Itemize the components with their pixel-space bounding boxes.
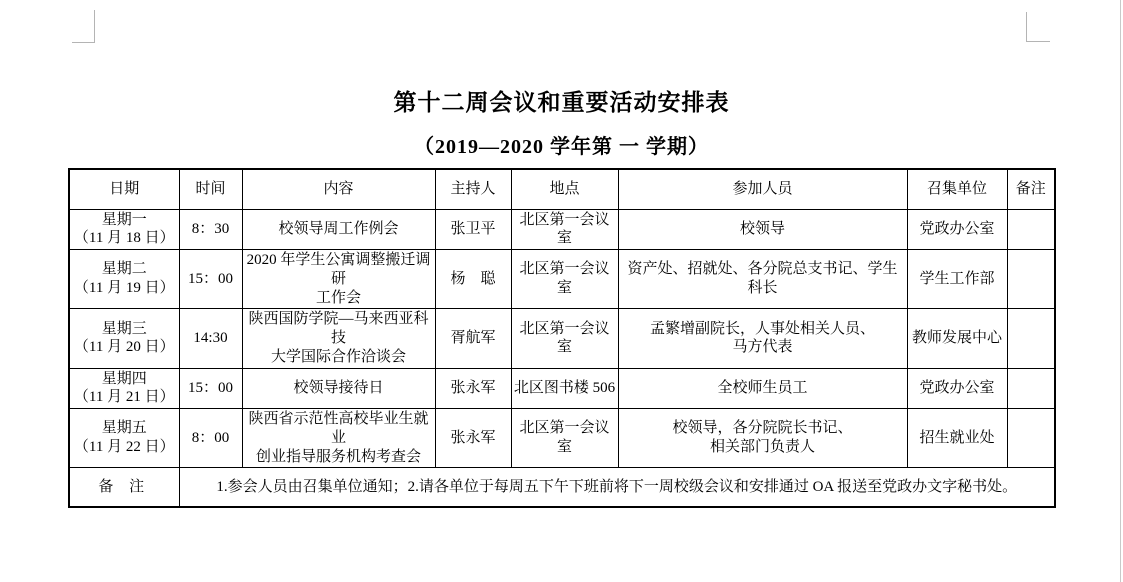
cell-content: 陕西省示范性高校毕业生就业 创业指导服务机构考查会 xyxy=(242,409,435,468)
cell-location: 北区第一会议室 xyxy=(511,409,618,468)
page-title: 第十二周会议和重要活动安排表 xyxy=(0,84,1123,117)
header-convener: 召集单位 xyxy=(907,169,1007,209)
footer-label: 备 注 xyxy=(69,468,179,507)
cell-host: 胥航军 xyxy=(435,309,511,368)
table-row: 星期一 （11 月 18 日） 8：30 校领导周工作例会 张卫平 北区第一会议… xyxy=(69,209,1055,250)
cell-participants: 全校师生员工 xyxy=(618,368,907,409)
cell-convener: 学生工作部 xyxy=(907,250,1007,309)
table-row: 星期四 （11 月 21 日） 15：00 校领导接待日 张永军 北区图书楼 5… xyxy=(69,368,1055,409)
cell-convener: 教师发展中心 xyxy=(907,309,1007,368)
cell-content: 2020 年学生公寓调整搬迁调研 工作会 xyxy=(242,250,435,309)
cell-host: 张卫平 xyxy=(435,209,511,250)
cell-participants: 校领导，各分院院长书记、 相关部门负责人 xyxy=(618,409,907,468)
cell-convener: 招生就业处 xyxy=(907,409,1007,468)
cell-content: 校领导接待日 xyxy=(242,368,435,409)
table-footer-row: 备 注 1.参会人员由召集单位通知；2.请各单位于每周五下午下班前将下一周校级会… xyxy=(69,468,1055,507)
cell-location: 北区第一会议室 xyxy=(511,309,618,368)
cell-participants: 孟繁增副院长，人事处相关人员、 马方代表 xyxy=(618,309,907,368)
crop-mark-top-left xyxy=(72,10,95,43)
table-header-row: 日期 时间 内容 主持人 地点 参加人员 召集单位 备注 xyxy=(69,169,1055,209)
crop-mark-top-right xyxy=(1026,12,1050,42)
cell-remark xyxy=(1007,209,1055,250)
header-host: 主持人 xyxy=(435,169,511,209)
cell-location: 北区图书楼 506 xyxy=(511,368,618,409)
cell-host: 张永军 xyxy=(435,368,511,409)
header-participants: 参加人员 xyxy=(618,169,907,209)
header-time: 时间 xyxy=(179,169,242,209)
document-page: 第十二周会议和重要活动安排表 （2019—2020 学年第 一 学期） 日期 时… xyxy=(0,0,1123,582)
header-location: 地点 xyxy=(511,169,618,209)
header-remark: 备注 xyxy=(1007,169,1055,209)
cell-participants: 资产处、招就处、各分院总支书记、学生科长 xyxy=(618,250,907,309)
cell-date: 星期三 （11 月 20 日） xyxy=(69,309,179,368)
schedule-table: 日期 时间 内容 主持人 地点 参加人员 召集单位 备注 星期一 （11 月 1… xyxy=(68,168,1056,508)
table-row: 星期五 （11 月 22 日） 8：00 陕西省示范性高校毕业生就业 创业指导服… xyxy=(69,409,1055,468)
cell-participants: 校领导 xyxy=(618,209,907,250)
header-date: 日期 xyxy=(69,169,179,209)
cell-time: 8：00 xyxy=(179,409,242,468)
cell-remark xyxy=(1007,250,1055,309)
cell-time: 14:30 xyxy=(179,309,242,368)
cell-time: 15：00 xyxy=(179,368,242,409)
cell-host: 杨 聪 xyxy=(435,250,511,309)
cell-time: 8：30 xyxy=(179,209,242,250)
cell-remark xyxy=(1007,409,1055,468)
cell-host: 张永军 xyxy=(435,409,511,468)
table-row: 星期三 （11 月 20 日） 14:30 陕西国防学院—马来西亚科技 大学国际… xyxy=(69,309,1055,368)
cell-time: 15：00 xyxy=(179,250,242,309)
footer-text: 1.参会人员由召集单位通知；2.请各单位于每周五下午下班前将下一周校级会议和安排… xyxy=(179,468,1055,507)
header-content: 内容 xyxy=(242,169,435,209)
cell-convener: 党政办公室 xyxy=(907,209,1007,250)
cell-date: 星期五 （11 月 22 日） xyxy=(69,409,179,468)
cell-date: 星期二 （11 月 19 日） xyxy=(69,250,179,309)
cell-content: 校领导周工作例会 xyxy=(242,209,435,250)
cell-content: 陕西国防学院—马来西亚科技 大学国际合作洽谈会 xyxy=(242,309,435,368)
cell-remark xyxy=(1007,368,1055,409)
cell-date: 星期四 （11 月 21 日） xyxy=(69,368,179,409)
cell-date: 星期一 （11 月 18 日） xyxy=(69,209,179,250)
table-row: 星期二 （11 月 19 日） 15：00 2020 年学生公寓调整搬迁调研 工… xyxy=(69,250,1055,309)
cell-location: 北区第一会议室 xyxy=(511,250,618,309)
page-subtitle: （2019—2020 学年第 一 学期） xyxy=(0,130,1123,159)
cell-location: 北区第一会议室 xyxy=(511,209,618,250)
cell-convener: 党政办公室 xyxy=(907,368,1007,409)
cell-remark xyxy=(1007,309,1055,368)
